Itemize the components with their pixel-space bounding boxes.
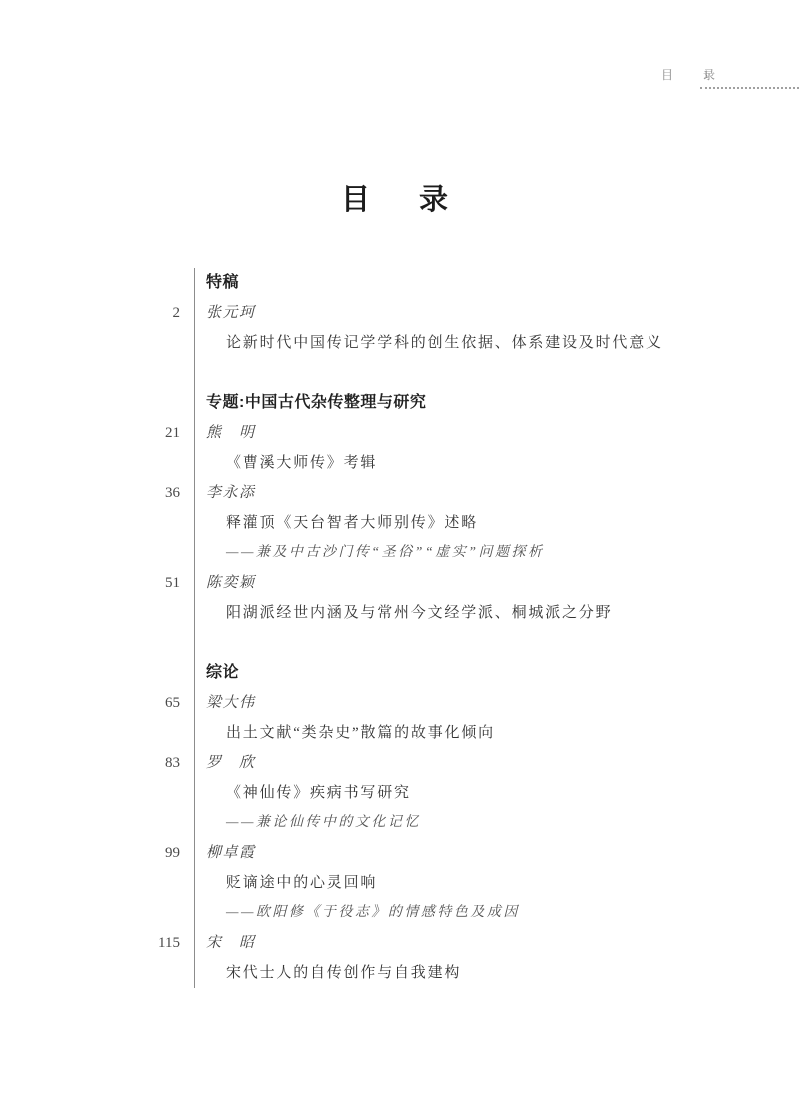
entry-title-row: 阳湖派经世内涵及与常州今文经学派、桐城派之分野 [120, 598, 680, 628]
entry-title-row: 宋代士人的自传创作与自我建构 [120, 958, 680, 988]
entry-title-row: 出土文献“类杂史”散篇的故事化倾向 [120, 718, 680, 748]
page-number-gutter [120, 868, 194, 898]
spacer-cell [194, 358, 680, 388]
page-number-gutter [120, 268, 194, 298]
entry-page-number: 2 [120, 298, 194, 328]
entry-author-row: 36 李永添 [120, 478, 680, 508]
section-header: 特稿 [194, 268, 680, 298]
entry-author-row: 115 宋 昭 [120, 928, 680, 958]
page-number-gutter [120, 448, 194, 478]
page-number-gutter [120, 808, 194, 838]
entry-author: 宋 昭 [194, 928, 680, 958]
entry-author-row: 21 熊 明 [120, 418, 680, 448]
section-header: 综论 [194, 658, 680, 688]
page-number-gutter [120, 328, 194, 358]
page-number-gutter [120, 958, 194, 988]
entry-author-row: 2 张元珂 [120, 298, 680, 328]
spacer-cell [194, 628, 680, 658]
entry-author-row: 99 柳卓霞 [120, 838, 680, 868]
entry-page-number: 36 [120, 478, 194, 508]
entry-title-row: 论新时代中国传记学学科的创生依据、体系建设及时代意义 [120, 328, 680, 358]
page: 目 录 1 目 录 特稿 2 张元珂 论新时代中国传记学学科的创生依据、体系建设… [0, 0, 799, 1114]
entry-subtitle: ——欧阳修《于役志》的情感特色及成因 [194, 898, 680, 928]
dotted-rule [700, 79, 799, 89]
entry-author-row: 65 梁大伟 [120, 688, 680, 718]
entry-title-row: 《曹溪大师传》考辑 [120, 448, 680, 478]
page-title: 目 录 [0, 177, 799, 218]
page-number-gutter [120, 658, 194, 688]
page-number-gutter [120, 508, 194, 538]
section-header-row: 专题:中国古代杂传整理与研究 [120, 388, 680, 418]
entry-author: 李永添 [194, 478, 680, 508]
page-number-gutter [120, 358, 194, 388]
page-number-gutter [120, 898, 194, 928]
entry-author: 罗 欣 [194, 748, 680, 778]
entry-author: 熊 明 [194, 418, 680, 448]
section-header: 专题:中国古代杂传整理与研究 [194, 388, 680, 418]
entry-subtitle-row: ——欧阳修《于役志》的情感特色及成因 [120, 898, 680, 928]
entry-author: 张元珂 [194, 298, 680, 328]
page-number-gutter [120, 598, 194, 628]
page-number-gutter [120, 538, 194, 568]
entry-subtitle: ——兼论仙传中的文化记忆 [194, 808, 680, 838]
entry-title: 出土文献“类杂史”散篇的故事化倾向 [194, 718, 680, 748]
entry-title: 贬谪途中的心灵回响 [194, 868, 680, 898]
entry-page-number: 99 [120, 838, 194, 868]
page-number-gutter [120, 388, 194, 418]
page-number-gutter [120, 778, 194, 808]
entry-page-number: 21 [120, 418, 194, 448]
entry-title: 阳湖派经世内涵及与常州今文经学派、桐城派之分野 [194, 598, 680, 628]
spacer-row [120, 358, 680, 388]
page-number-gutter [120, 628, 194, 658]
page-number-gutter [120, 718, 194, 748]
entry-author-row: 83 罗 欣 [120, 748, 680, 778]
entry-author: 柳卓霞 [194, 838, 680, 868]
entry-author: 陈奕颖 [194, 568, 680, 598]
entry-title: 论新时代中国传记学学科的创生依据、体系建设及时代意义 [194, 328, 680, 358]
entry-author-row: 51 陈奕颖 [120, 568, 680, 598]
entry-page-number: 65 [120, 688, 194, 718]
entry-author: 梁大伟 [194, 688, 680, 718]
toc: 特稿 2 张元珂 论新时代中国传记学学科的创生依据、体系建设及时代意义 专题:中… [120, 268, 680, 988]
entry-title-row: 贬谪途中的心灵回响 [120, 868, 680, 898]
entry-title: 释灌顶《天台智者大师别传》述略 [194, 508, 680, 538]
entry-page-number: 51 [120, 568, 194, 598]
entry-title: 《神仙传》疾病书写研究 [194, 778, 680, 808]
entry-subtitle-row: ——兼论仙传中的文化记忆 [120, 808, 680, 838]
entry-subtitle: ——兼及中古沙门传“圣俗”“虚实”问题探析 [194, 538, 680, 568]
entry-subtitle-row: ——兼及中古沙门传“圣俗”“虚实”问题探析 [120, 538, 680, 568]
entry-title-row: 《神仙传》疾病书写研究 [120, 778, 680, 808]
entry-page-number: 115 [120, 928, 194, 958]
entry-title: 《曹溪大师传》考辑 [194, 448, 680, 478]
entry-title: 宋代士人的自传创作与自我建构 [194, 958, 680, 988]
section-header-row: 特稿 [120, 268, 680, 298]
entry-title-row: 释灌顶《天台智者大师别传》述略 [120, 508, 680, 538]
section-header-row: 综论 [120, 658, 680, 688]
spacer-row [120, 628, 680, 658]
entry-page-number: 83 [120, 748, 194, 778]
